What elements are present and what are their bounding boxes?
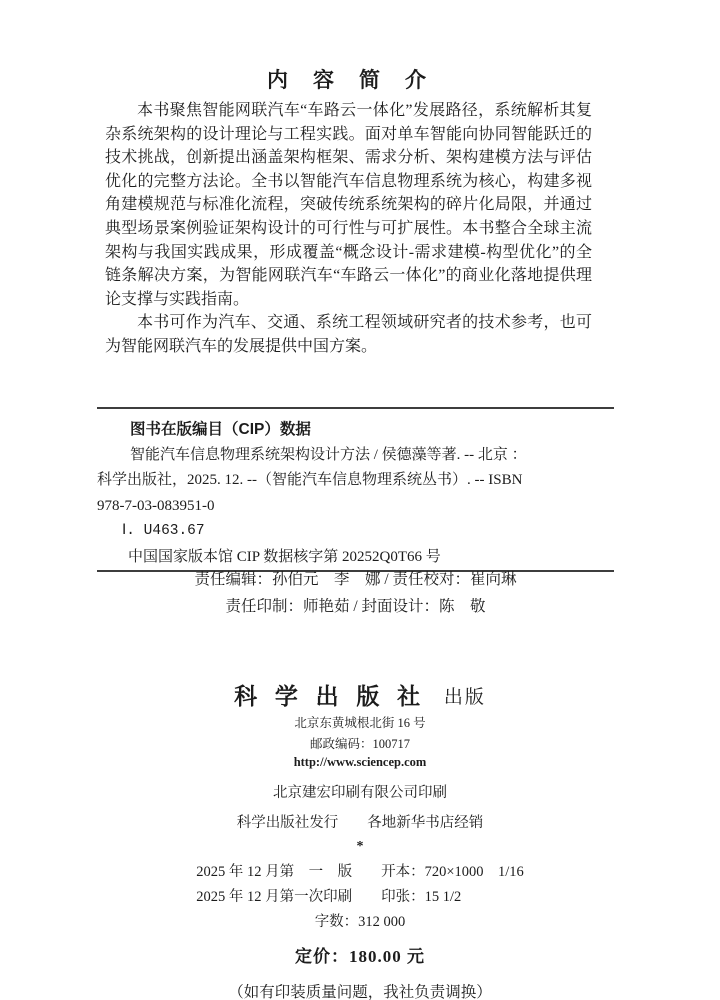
cip-header: 图书在版编目（CIP）数据	[130, 417, 614, 443]
distribution-line: 科学出版社发行 各地新华书店经销	[0, 811, 720, 832]
copyright-page: 内 容 简 介 本书聚焦智能网联汽车“车路云一体化”发展路径，系统解析其复杂系统…	[0, 0, 720, 1000]
edition-line-1: 2025 年 12 月第 一 版 开本：720×1000 1/16	[196, 860, 524, 885]
word-count-line: 字数：312 000	[196, 910, 524, 935]
content-summary-title: 内 容 简 介	[105, 64, 590, 94]
cip-publisher-line: 科学出版社，2025. 12. --（智能汽车信息物理系统丛书）. -- ISB…	[97, 468, 614, 494]
staff-editors-line: 责任编辑：孙伯元 李 娜 / 责任校对：崔向琳	[97, 567, 614, 594]
summary-paragraph-2: 本书可作为汽车、交通、系统工程领域研究者的技术参考，也可为智能网联汽车的发展提供…	[105, 311, 592, 358]
cip-isbn: 978-7-03-083951-0	[97, 494, 614, 520]
publisher-logotype: 科 学 出 版 社	[234, 684, 426, 709]
price-line: 定价：180.00 元	[0, 942, 720, 967]
summary-paragraph-1: 本书聚焦智能网联汽车“车路云一体化”发展路径，系统解析其复杂系统架构的设计理论与…	[105, 99, 592, 311]
printer-line: 北京建宏印刷有限公司印刷	[0, 781, 720, 802]
edition-block: 2025 年 12 月第 一 版 开本：720×1000 1/16 2025 年…	[196, 860, 524, 935]
staff-production-line: 责任印制：师艳茹 / 封面设计：陈 敬	[97, 594, 614, 621]
content-summary-body: 本书聚焦智能网联汽车“车路云一体化”发展路径，系统解析其复杂系统架构的设计理论与…	[105, 99, 592, 359]
publisher-address: 北京东黄城根北街 16 号	[0, 713, 720, 731]
publisher-website: http://www.sciencep.com	[0, 755, 720, 770]
publisher-suffix: 出版	[444, 687, 486, 708]
cip-title-line: 智能汽车信息物理系统架构设计方法 / 侯德藻等著. -- 北京 ：	[130, 443, 614, 469]
publisher-postal-code: 邮政编码：100717	[0, 734, 720, 752]
edition-line-2: 2025 年 12 月第一次印刷 印张：15 1/2	[196, 885, 524, 910]
cip-classification-code: Ⅰ. U463.67	[122, 519, 614, 545]
divider-asterisk: *	[0, 839, 720, 855]
quality-note-line: （如有印装质量问题，我社负责调换）	[0, 980, 720, 1000]
staff-block: 责任编辑：孙伯元 李 娜 / 责任校对：崔向琳 责任印制：师艳茹 / 封面设计：…	[97, 567, 614, 620]
colophon: 科 学 出 版 社 出版 北京东黄城根北街 16 号 邮政编码：100717 h…	[0, 678, 720, 1000]
publisher-line: 科 学 出 版 社 出版	[0, 678, 720, 708]
cip-data-block: 图书在版编目（CIP）数据 智能汽车信息物理系统架构设计方法 / 侯德藻等著. …	[97, 407, 614, 572]
